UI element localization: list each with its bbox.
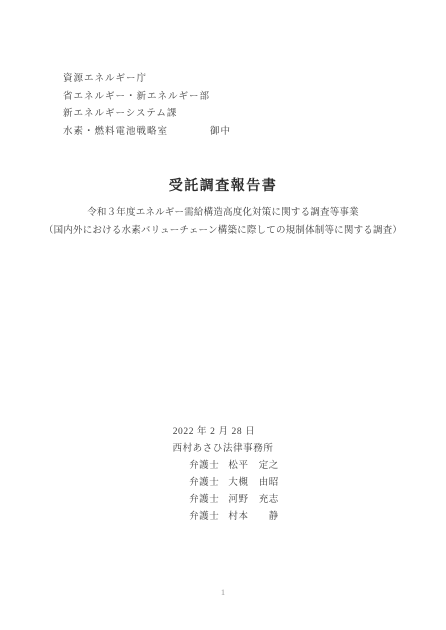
recipient-line: 新エネルギーシステム課 (63, 106, 231, 124)
document-date: 2022 年 2 月 28 日 (0, 424, 437, 441)
author-name: 村本 静 (228, 512, 279, 522)
subtitle-line: 令和３年度エネルギー需給構造高度化対策に関する調査等事業 (0, 205, 446, 223)
recipient-line: 資源エネルギー庁 (63, 71, 231, 89)
subtitle-line: （国内外における水素バリューチェーン構築に際しての規制体制等に関する調査） (0, 223, 446, 241)
author-row: 弁護士河野 充志 (11, 492, 446, 509)
firm-name: 西村あさひ法律事務所 (0, 441, 446, 458)
recipient-block: 資源エネルギー庁 省エネルギー・新エネルギー部 新エネルギーシステム課 水素・燃… (63, 71, 231, 141)
page-number: 1 (0, 587, 446, 597)
author-name: 松平 定之 (228, 461, 279, 471)
recipient-honorific: 御中 (210, 124, 231, 142)
recipient-line: 水素・燃料電池戦略室御中 (63, 124, 231, 142)
document-title: 受託調査報告書 (0, 175, 446, 195)
author-name: 大槻 由昭 (228, 478, 279, 488)
author-role: 弁護士 (189, 461, 219, 471)
author-row: 弁護士大槻 由昭 (11, 475, 446, 492)
author-role: 弁護士 (189, 495, 219, 505)
author-role: 弁護士 (189, 478, 219, 488)
author-row: 弁護士村本 静 (11, 509, 446, 526)
author-role: 弁護士 (189, 512, 219, 522)
subtitle-block: 令和３年度エネルギー需給構造高度化対策に関する調査等事業 （国内外における水素バ… (0, 205, 446, 240)
recipient-line: 省エネルギー・新エネルギー部 (63, 89, 231, 107)
recipient-department: 水素・燃料電池戦略室 (63, 127, 168, 137)
document-page: 資源エネルギー庁 省エネルギー・新エネルギー部 新エネルギーシステム課 水素・燃… (0, 0, 446, 630)
signature-block: 2022 年 2 月 28 日 西村あさひ法律事務所 弁護士松平 定之 弁護士大… (0, 424, 446, 526)
author-row: 弁護士松平 定之 (11, 458, 446, 475)
author-name: 河野 充志 (228, 495, 279, 505)
